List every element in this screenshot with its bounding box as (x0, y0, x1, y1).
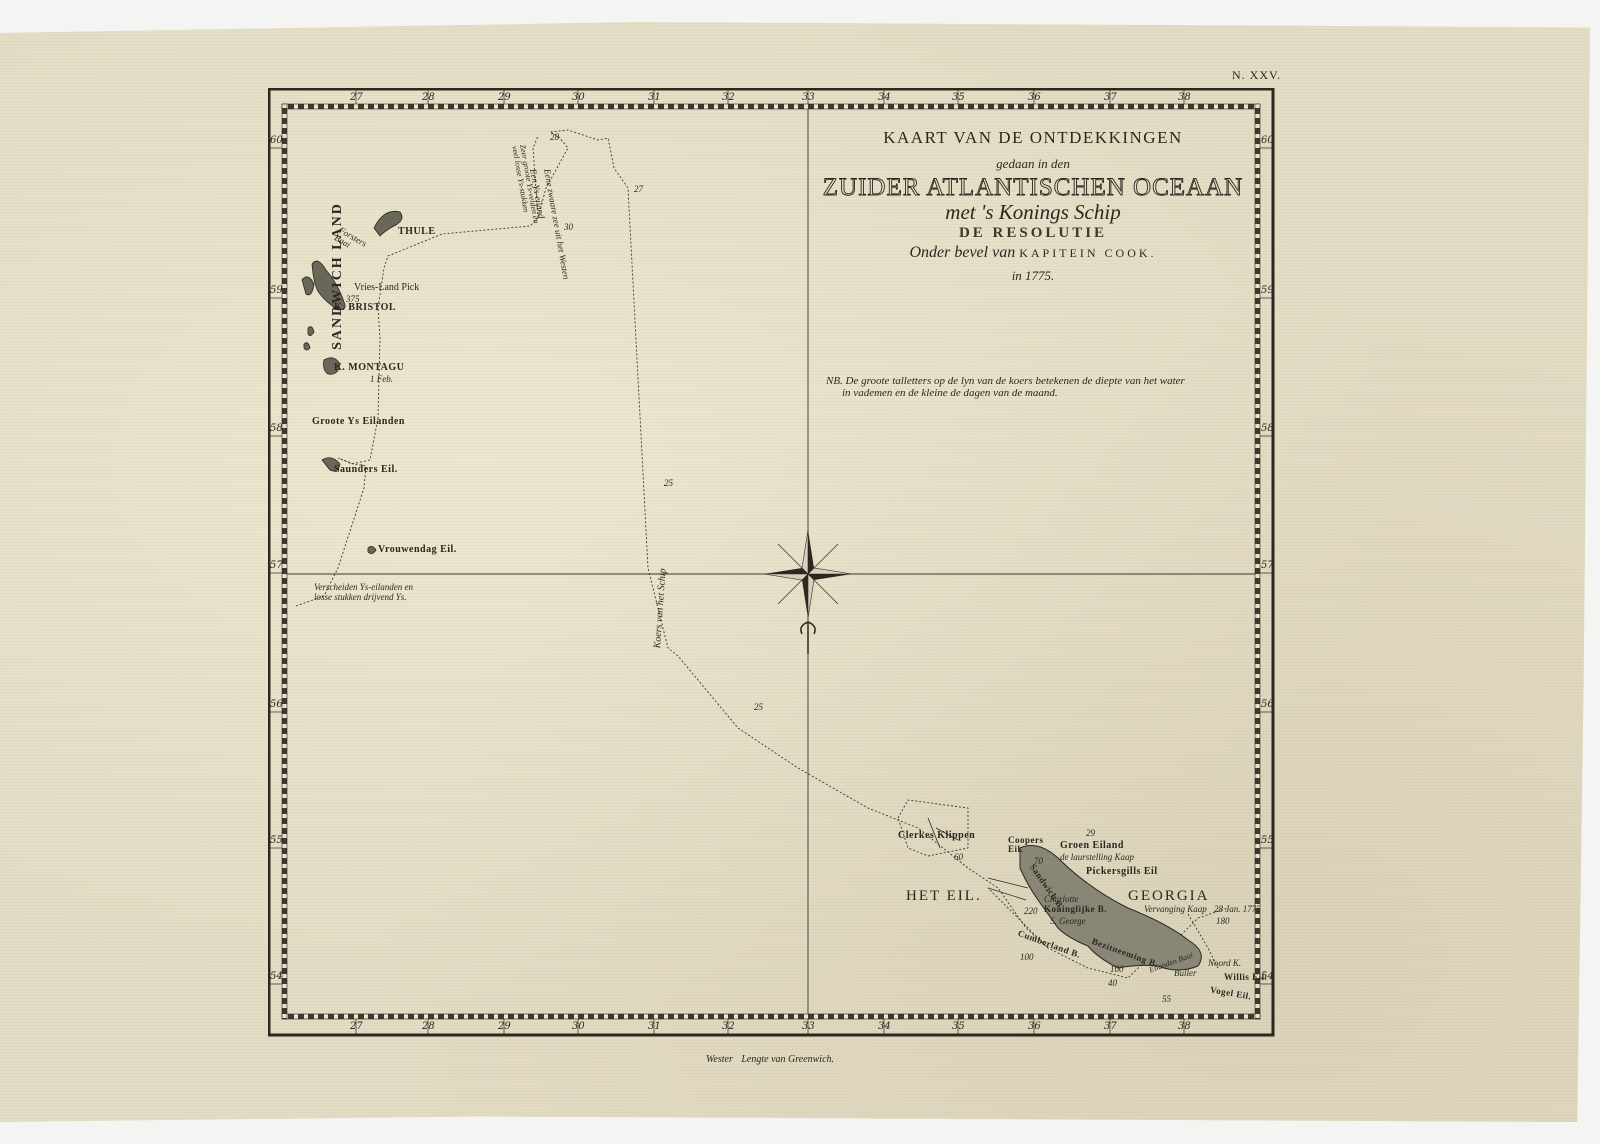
region-het-eil: HET EIL. (906, 888, 982, 905)
sounding: 100 (1020, 952, 1034, 962)
lat-tick: 57 (1261, 560, 1274, 571)
lon-tick: 34 (878, 1021, 891, 1032)
lon-tick: 30 (572, 1021, 585, 1032)
title-line-3: ZUIDER ATLANTISCHEN OCEAAN (813, 174, 1253, 202)
map-plate: 27 28 29 30 31 32 33 34 35 36 37 38 27 2… (268, 88, 1276, 1038)
annotation-line: Verscheiden Ys-eilanden en (314, 582, 413, 592)
caption-wester: Wester (706, 1054, 733, 1065)
lon-tick: 35 (952, 92, 965, 103)
lat-tick: 55 (270, 835, 283, 846)
lon-tick: 31 (648, 1021, 661, 1032)
sounding: 29 (1086, 828, 1095, 838)
lat-tick: 60 (270, 135, 283, 146)
place-noord-k: Noord K. (1208, 958, 1241, 968)
lon-tick: 35 (952, 1021, 965, 1032)
lat-tick: 55 (1261, 835, 1274, 846)
lat-tick: 56 (1261, 699, 1274, 710)
place-vrouwendag-eil: Vrouwendag Eil. (378, 544, 457, 555)
note-line-2: in vademen en de kleine de dagen van de … (826, 387, 1185, 399)
place-vries-land-pick: Vries-Land Pick (354, 282, 419, 293)
lat-tick: 58 (1261, 423, 1274, 434)
lon-tick: 37 (1104, 92, 1117, 103)
place-clerkes-klippen: Clerkes Klippen (898, 830, 975, 841)
caption-lengte: Lengte van Greenwich. (741, 1054, 834, 1065)
lon-tick: 30 (572, 92, 585, 103)
place-thule: THULE (398, 226, 436, 237)
lon-tick: 33 (802, 92, 815, 103)
lon-tick: 27 (350, 1021, 363, 1032)
region-georgia: GEORGIA (1128, 888, 1210, 905)
sounding: 25 (754, 702, 763, 712)
place-koninglijke-b: Koninglijke B. (1044, 904, 1107, 914)
lon-tick: 28 (422, 92, 435, 103)
lat-tick: 59 (270, 285, 283, 296)
sounding: 28 (550, 132, 559, 142)
place-groen-eiland: Groen Eiland (1060, 840, 1124, 851)
lon-tick: 27 (350, 92, 363, 103)
sounding: 25 (664, 478, 673, 488)
title-line-1: KAART VAN DE ONTDEKKINGEN (813, 128, 1253, 148)
lon-tick: 36 (1028, 1021, 1041, 1032)
title-line-2: gedaan in den (813, 156, 1253, 172)
place-coopers-eil: Coopers Eil. (1008, 836, 1048, 854)
place-vervanging-kaap: Vervanging Kaap (1144, 904, 1207, 914)
title-commander-name: KAPITEIN COOK. (1019, 246, 1156, 260)
lat-tick: 56 (270, 699, 283, 710)
sounding: 180 (1216, 916, 1230, 926)
lat-tick: 57 (270, 560, 283, 571)
place-willis-eil: Willis Eil. (1224, 972, 1267, 982)
lon-tick: 29 (498, 92, 511, 103)
lon-tick: 33 (802, 1021, 815, 1032)
place-st-george: S. George (1050, 916, 1086, 926)
longitude-caption: Wester Lengte van Greenwich. (706, 1054, 834, 1065)
sounding: 220 (1024, 906, 1038, 916)
annotation-line: losse stukken drijvend Ys. (314, 592, 413, 602)
sounding: 27 (634, 184, 643, 194)
map-title-block: KAART VAN DE ONTDEKKINGEN gedaan in den … (813, 128, 1253, 284)
sounding: 40 (1108, 978, 1117, 988)
place-charlotte: Charlotte (1044, 894, 1079, 904)
sounding: 60 (954, 852, 963, 862)
place-buller: Buller (1174, 968, 1197, 978)
lon-tick: 38 (1178, 92, 1191, 103)
lat-tick: 59 (1261, 285, 1274, 296)
lat-tick: 58 (270, 423, 283, 434)
map-note: NB. De groote talletters op de lyn van d… (826, 375, 1185, 399)
place-saunders-eil: Saunders Eil. (334, 464, 398, 475)
sounding: 30 (564, 222, 573, 232)
place-groote-ys-eilanden: Groote Ys Eilanden (312, 416, 405, 427)
plate-number: N. XXV. (1232, 68, 1281, 83)
title-line-4: met 's Konings Schip (813, 200, 1253, 225)
place-laurstelling-kaap: de laurstelling Kaap (1060, 852, 1134, 862)
compass-rose (764, 530, 852, 654)
annotation-verscheiden-ys: Verscheiden Ys-eilanden en losse stukken… (314, 582, 413, 602)
lon-tick: 32 (722, 92, 735, 103)
place-date-jan: 28 Jan. 1775 (1214, 904, 1261, 914)
lon-tick: 37 (1104, 1021, 1117, 1032)
title-year: in 1775. (813, 268, 1253, 284)
lon-tick: 28 (422, 1021, 435, 1032)
sounding: 100 (1110, 964, 1124, 974)
lat-tick: 60 (1261, 135, 1274, 146)
title-line-5: DE RESOLUTIE (813, 225, 1253, 242)
lon-tick: 31 (648, 92, 661, 103)
region-sandwich-land: SANDWICH LAND (330, 176, 346, 376)
lat-tick: 54 (270, 971, 283, 982)
lon-tick: 36 (1028, 92, 1041, 103)
sounding: 1 Feb. (370, 374, 393, 384)
title-commander-prefix: Onder bevel van (909, 244, 1015, 261)
place-k-bristol: K. BRISTOL (334, 302, 396, 313)
lon-tick: 32 (722, 1021, 735, 1032)
title-line-6: Onder bevel van KAPITEIN COOK. (813, 244, 1253, 262)
lon-tick: 29 (498, 1021, 511, 1032)
note-line-1: NB. De groote talletters op de lyn van d… (826, 375, 1185, 387)
sounding: 375 (346, 294, 360, 304)
lon-tick: 34 (878, 92, 891, 103)
sounding: 55 (1162, 994, 1171, 1004)
place-pickersgills-eil: Pickersgills Eil (1086, 866, 1158, 877)
lon-tick: 38 (1178, 1021, 1191, 1032)
place-k-montagu: K. MONTAGU (334, 362, 404, 373)
sounding: 70 (1034, 856, 1043, 866)
